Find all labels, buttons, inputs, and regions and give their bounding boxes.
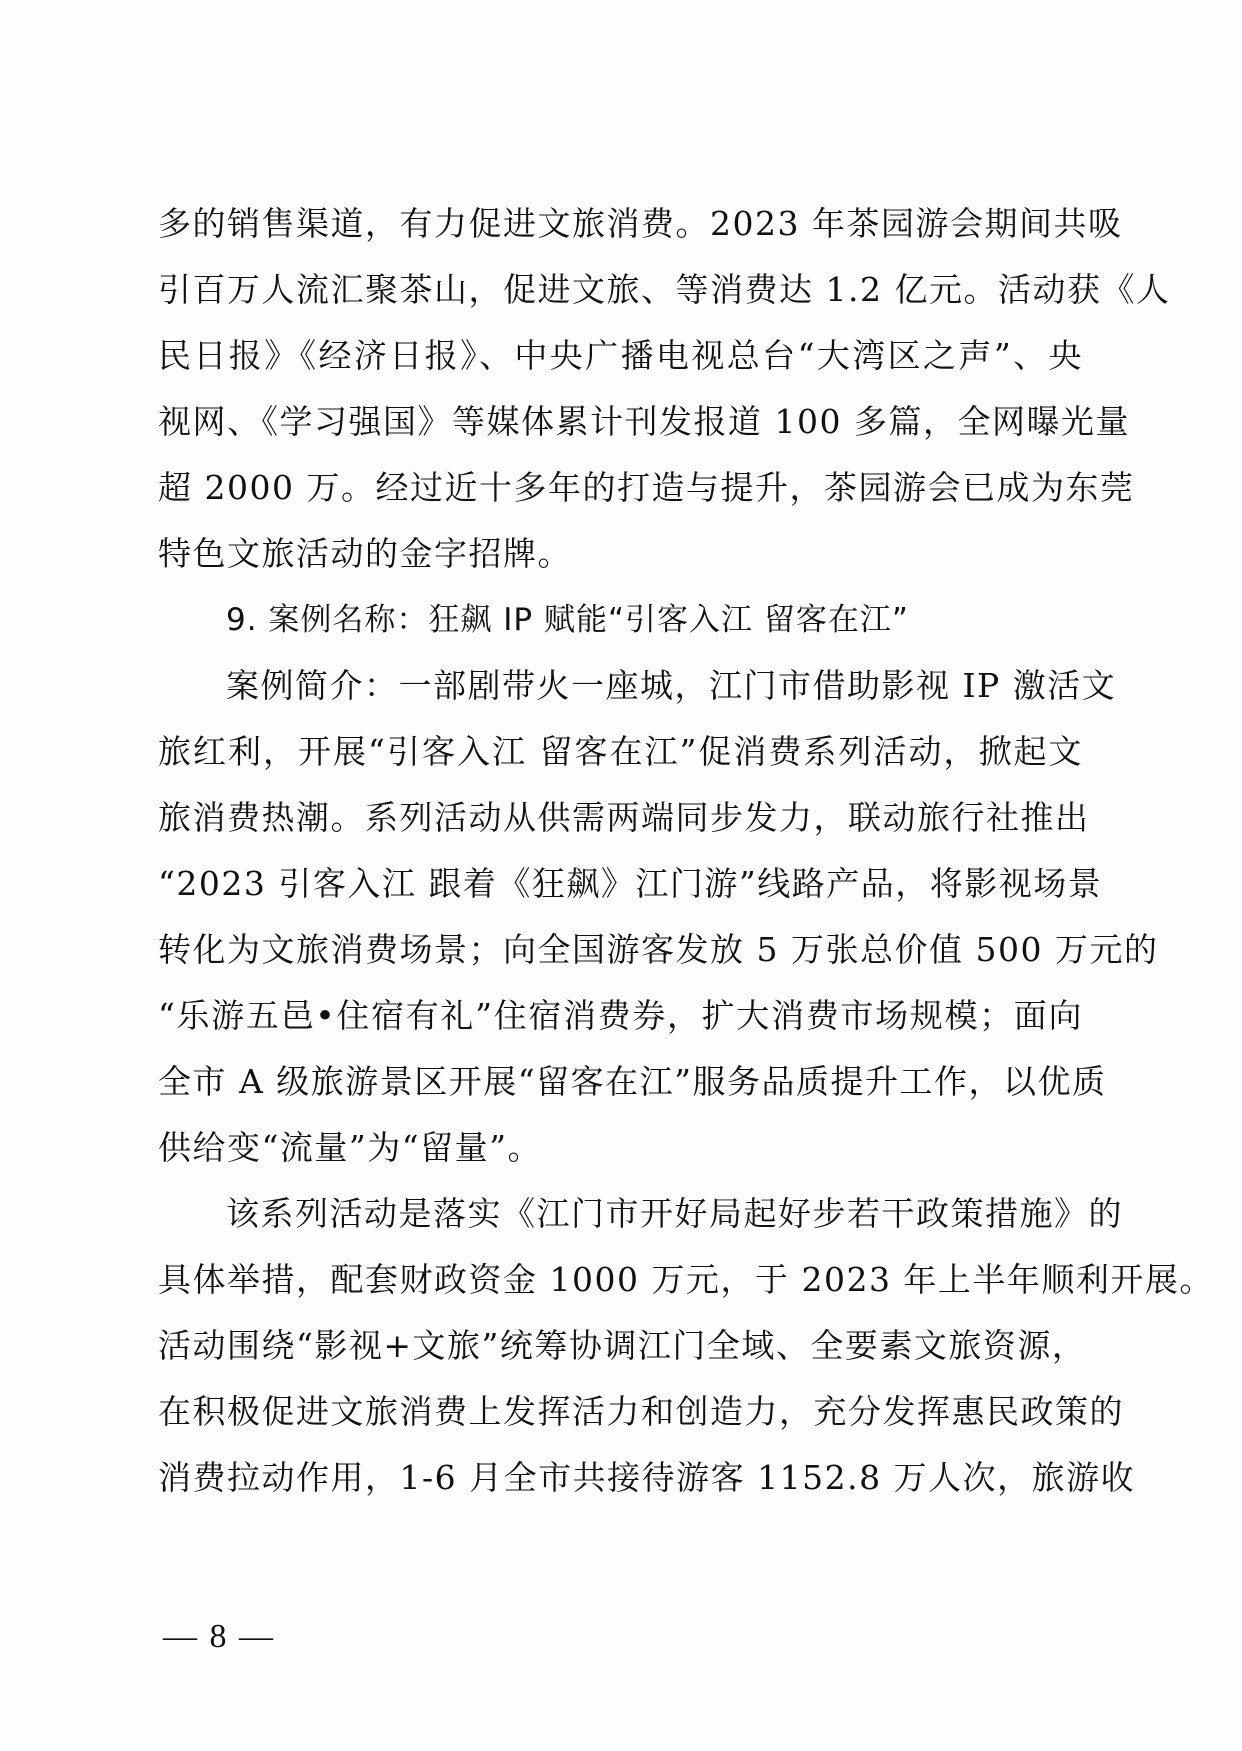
body-text-line: 特色文旅活动的金字招牌。: [158, 532, 1083, 576]
case-intro-line: “2023 引客入江 跟着《狂飙》江门游”线路产品，将影视场景: [158, 862, 1083, 906]
body-text-line: 多的销售渠道，有力促进文旅消费。2023 年茶园游会期间共吸: [158, 202, 1083, 246]
body-text-line: 在积极促进文旅消费上发挥活力和创造力，充分发挥惠民政策的: [158, 1390, 1083, 1434]
case-intro-line: 案例简介：一部剧带火一座城，江门市借助影视 IP 激活文: [226, 664, 1083, 708]
case-intro-line: 供给变“流量”为“留量”。: [158, 1126, 1083, 1170]
body-text-line: 视网、《学习强国》等媒体累计刊发报道 100 多篇，全网曝光量: [158, 400, 1083, 444]
document-page: 多的销售渠道，有力促进文旅消费。2023 年茶园游会期间共吸 引百万人流汇聚茶山…: [0, 0, 1242, 1751]
case-intro-line: 全市 A 级旅游景区开展“留客在江”服务品质提升工作，以优质: [158, 1060, 1083, 1104]
case-intro-line: 旅消费热潮。系列活动从供需两端同步发力，联动旅行社推出: [158, 796, 1083, 840]
body-text-line: 超 2000 万。经过近十多年的打造与提升，茶园游会已成为东莞: [158, 466, 1083, 510]
case-intro-line: 转化为文旅消费场景；向全国游客发放 5 万张总价值 500 万元的: [158, 928, 1083, 972]
body-text-line: 引百万人流汇聚茶山，促进文旅、等消费达 1.2 亿元。活动获《人: [158, 268, 1083, 312]
case-heading: 9. 案例名称：狂飙 IP 赋能“引客入江 留客在江”: [226, 598, 1086, 642]
body-text-line: 消费拉动作用，1-6 月全市共接待游客 1152.8 万人次，旅游收: [158, 1456, 1083, 1500]
body-text-line: 民日报》《经济日报》、中央广播电视总台“大湾区之声”、央: [158, 334, 1083, 378]
body-text-line: 具体举措，配套财政资金 1000 万元，于 2023 年上半年顺利开展。: [158, 1258, 1083, 1302]
case-intro-line: 旅红利，开展“引客入江 留客在江”促消费系列活动，掀起文: [158, 730, 1083, 774]
case-intro-line: “乐游五邑•住宿有礼”住宿消费券，扩大消费市场规模；面向: [158, 994, 1083, 1038]
body-text-line: 该系列活动是落实《江门市开好局起好步若干政策措施》的: [226, 1192, 1083, 1236]
body-text-line: 活动围绕“影视+文旅”统筹协调江门全域、全要素文旅资源，: [158, 1324, 1083, 1368]
page-number: — 8 —: [163, 1617, 275, 1657]
